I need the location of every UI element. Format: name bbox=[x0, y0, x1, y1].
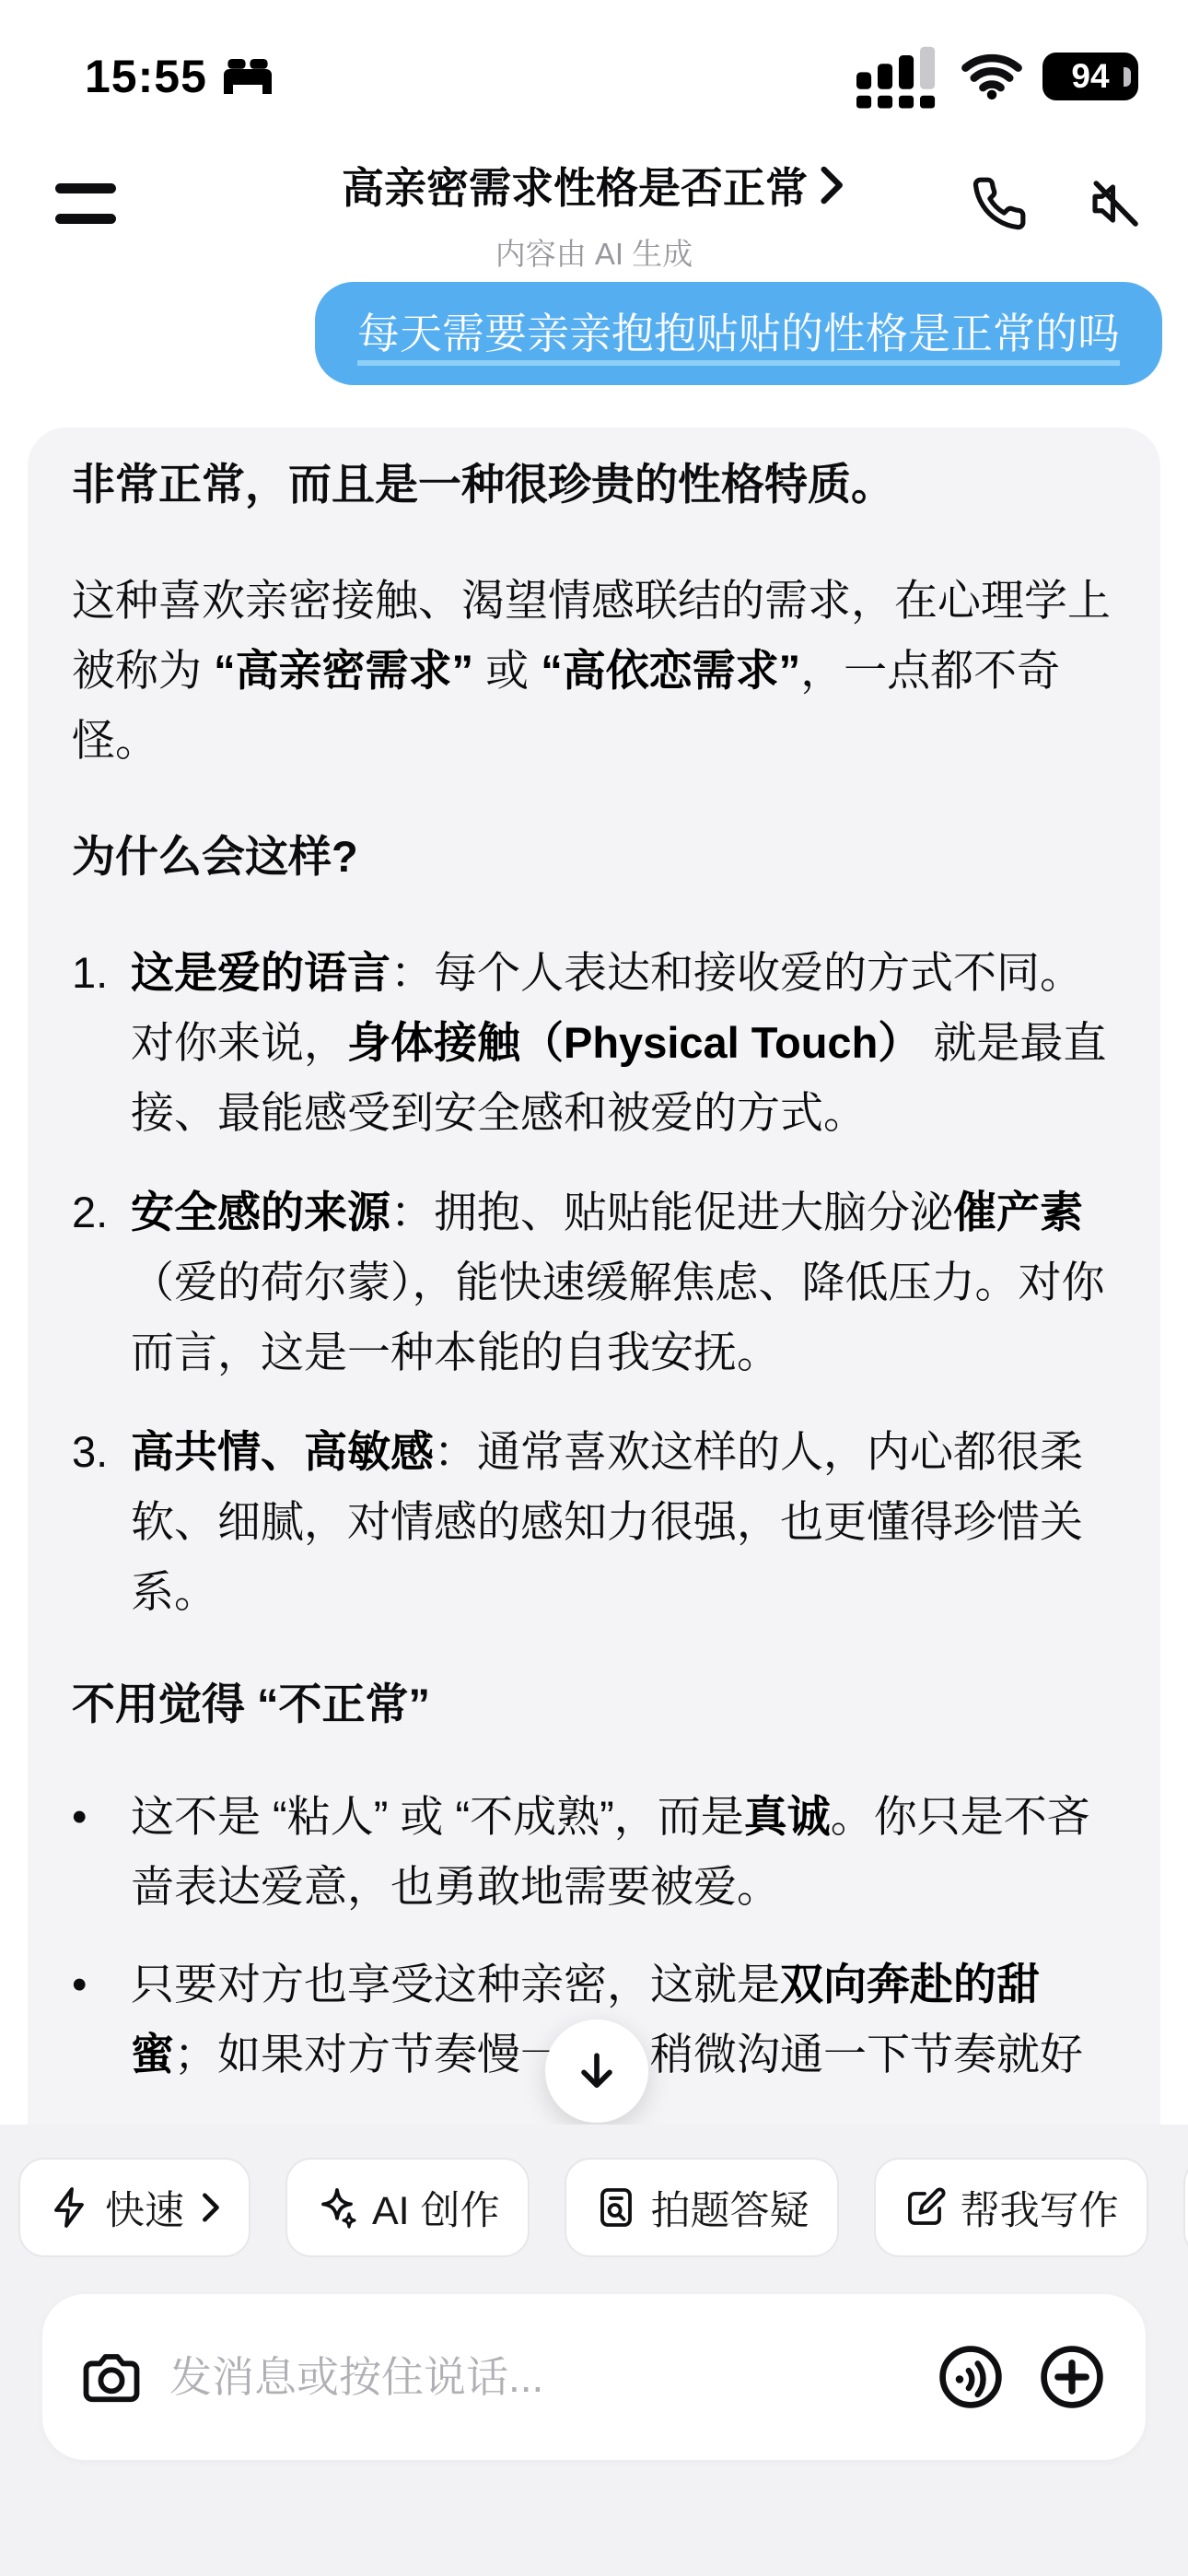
bed-icon bbox=[222, 57, 275, 96]
section-heading-why: 为什么会这样? bbox=[72, 822, 1116, 892]
camera-icon[interactable] bbox=[81, 2347, 142, 2407]
conversation-title-button[interactable]: 高亲密需求性格是否正常 bbox=[342, 155, 846, 216]
menu-button[interactable] bbox=[55, 182, 116, 225]
sparkle-icon bbox=[315, 2185, 359, 2230]
list-item: 3. 高共情、高敏感：通常喜欢这样的人，内心都很柔软、细腻，对情感的感知力很强，… bbox=[72, 1417, 1116, 1627]
image-chip-partial[interactable] bbox=[1183, 2158, 1188, 2257]
list-item: 1. 这是爱的语言：每个人表达和接收爱的方式不同。对你来说，身体接触（Physi… bbox=[72, 938, 1116, 1148]
message-input-bar[interactable] bbox=[42, 2294, 1146, 2460]
voice-wave-icon[interactable] bbox=[936, 2342, 1006, 2412]
ai-create-chip[interactable]: AI 创作 bbox=[285, 2158, 530, 2257]
ai-lead-sentence: 非常正常，而且是一种很珍贵的性格特质。 bbox=[72, 450, 1116, 520]
chevron-right-icon bbox=[815, 165, 846, 205]
bullet-item: • 这不是 “粘人” 或 “不成熟”，而是真诚。你只是不吝啬表达爱意，也勇敢地需… bbox=[72, 1782, 1116, 1922]
photo-question-chip[interactable]: 拍题答疑 bbox=[565, 2158, 839, 2257]
user-message-text: 每天需要亲亲抱抱贴贴的性格是正常的吗 bbox=[357, 310, 1120, 357]
battery-percent: 94 bbox=[1071, 57, 1109, 96]
user-message-bubble[interactable]: 每天需要亲亲抱抱贴贴的性格是正常的吗 bbox=[315, 282, 1162, 385]
lightning-icon bbox=[48, 2185, 92, 2230]
battery-icon: 94 bbox=[1042, 53, 1131, 100]
status-bar: 15:55 bbox=[0, 0, 1188, 129]
quick-action-chips: 快速 AI 创作 拍题答疑 帮我写作 bbox=[18, 2158, 1188, 2257]
plus-icon[interactable] bbox=[1037, 2342, 1107, 2412]
bottom-panel: 快速 AI 创作 拍题答疑 帮我写作 bbox=[0, 2125, 1188, 2576]
section-heading-not-abnormal: 不用觉得 “不正常” bbox=[72, 1669, 1116, 1739]
ai-generated-notice: 内容由 AI 生成 bbox=[342, 230, 846, 274]
chat-header: 高亲密需求性格是否正常 内容由 AI 生成 bbox=[0, 146, 1188, 284]
list-item: 2. 安全感的来源：拥抱、贴贴能促进大脑分泌催产素（爱的荷尔蒙），能快速缓解焦虑… bbox=[72, 1177, 1116, 1388]
page-title: 高亲密需求性格是否正常 bbox=[342, 155, 808, 216]
write-for-me-chip[interactable]: 帮我写作 bbox=[874, 2158, 1148, 2257]
phone-call-button[interactable] bbox=[971, 175, 1028, 232]
write-icon bbox=[903, 2185, 948, 2230]
clock: 15:55 bbox=[85, 50, 207, 103]
message-list: 每天需要亲亲抱抱贴贴的性格是正常的吗 非常正常，而且是一种很珍贵的性格特质。 这… bbox=[0, 282, 1188, 2125]
cell-signal-icon bbox=[856, 44, 941, 109]
photo-question-icon bbox=[594, 2185, 638, 2230]
message-input[interactable] bbox=[169, 2352, 908, 2402]
ai-message-bubble: 非常正常，而且是一种很珍贵的性格特质。 这种喜欢亲密接触、渴望情感联结的需求，在… bbox=[28, 427, 1160, 2125]
wifi-icon bbox=[961, 53, 1022, 100]
quick-actions-chip[interactable]: 快速 bbox=[18, 2158, 250, 2257]
ai-intro-paragraph: 这种喜欢亲密接触、渴望情感联结的需求，在心理学上被称为 “高亲密需求” 或 “高… bbox=[72, 566, 1116, 776]
scroll-to-bottom-button[interactable] bbox=[545, 2020, 648, 2123]
speaker-muted-button[interactable] bbox=[1087, 175, 1144, 232]
arrow-down-icon bbox=[572, 2046, 622, 2096]
chevron-right-icon bbox=[199, 2192, 221, 2223]
